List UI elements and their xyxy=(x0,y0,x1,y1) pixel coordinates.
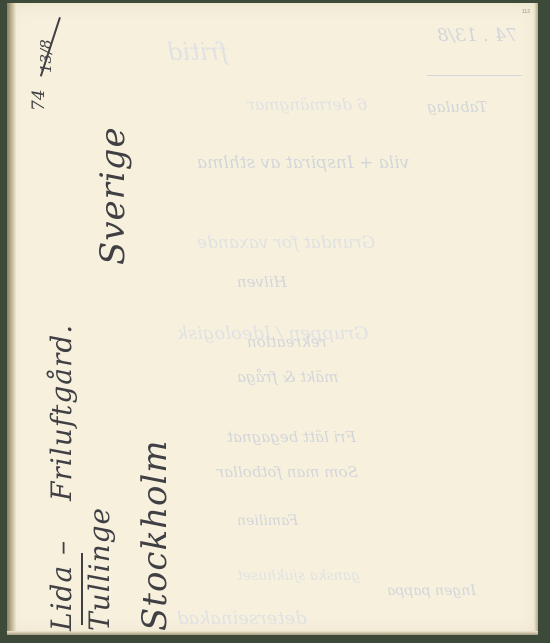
page-gutter xyxy=(7,3,16,635)
handwriting-tullinge: Tullinge xyxy=(83,507,116,631)
page-bottom-edge xyxy=(7,631,538,635)
ghost-line: deterseinakad xyxy=(177,608,307,629)
notebook-page: 112 74 . 13/8 6 dermängmar Tabulag friti… xyxy=(7,3,538,635)
page-number: 112 xyxy=(522,9,530,15)
ghost-line: Grundat for vaxande xyxy=(197,233,375,253)
date-note-bottom: 74 xyxy=(29,89,49,111)
ghost-line: Som man fotbollar xyxy=(217,463,358,481)
ghost-line: Ingen pappa xyxy=(387,583,476,599)
ghost-line: Tabulag xyxy=(427,98,487,116)
page-right-edge xyxy=(534,3,538,635)
ghost-line: Familien xyxy=(237,513,298,529)
handwriting-sverige: Sverige xyxy=(93,126,133,265)
ghost-rule xyxy=(427,75,522,76)
handwriting-stockholm: Stockholm xyxy=(135,439,175,631)
handwriting-lida: Lida – xyxy=(45,540,78,631)
ghost-top-right: 74 . 13/8 xyxy=(437,25,518,46)
ghost-line: Fri lätt begagnat xyxy=(227,428,356,446)
ghost-line: vila + Inspirat av sthlma xyxy=(197,153,409,173)
scan-background: 112 74 . 13/8 6 dermängmar Tabulag friti… xyxy=(0,0,550,643)
ghost-line: mäkt & fråga xyxy=(237,368,338,386)
ghost-line: rekreation xyxy=(247,333,327,351)
handwriting-friluftgard: Friluftgård. xyxy=(45,324,78,501)
ghost-line: ganska sjukhuset xyxy=(237,568,360,584)
ghost-line: fritid xyxy=(167,38,228,66)
ghost-line: Hilven xyxy=(237,273,287,291)
ghost-line: 6 dermängmar xyxy=(247,95,367,114)
